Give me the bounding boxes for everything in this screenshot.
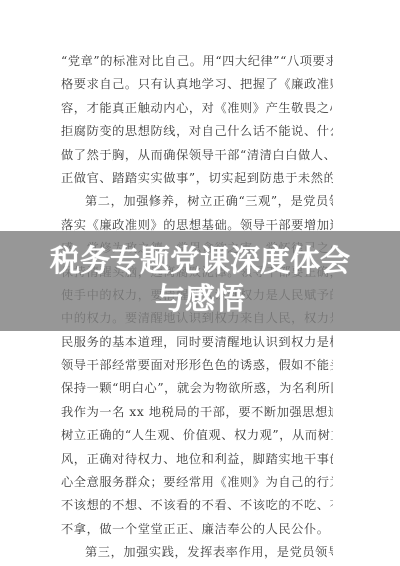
document-line: 领导干部经常要面对形形色色的诱惑，假如不能头脑清醒， [61,354,333,377]
document-line: 民服务的基本道理，同时要清醒地认识到权力是柄双刃剑。 [61,331,333,354]
document-line: 拒腐防变的思想防线，对自己什么话不能说、什么事不能 [61,120,333,143]
paragraph-start-line: 第三，加强实践，发挥表率作用，是党员领导干部践 [61,541,333,564]
document-line: 格要求自己。只有认真地学习、把握了《廉政准则》的内 [61,73,333,96]
overlay-title-line-2: 与感悟 [155,281,245,319]
document-line: 心全意服务群众；要经常用《准则》为自己的行为敲警钟， [61,471,333,494]
document-line: “党章”的标准对比自己。用“四大纪律”“八项要求”严 [61,50,333,73]
document-line: 做了然于胸，从而确保领导干部“清清白白做人、堂堂正 [61,144,333,167]
document-line: 不该想的不想、不该看的不看、不该吃的不吃、不该拿的 [61,494,333,517]
document-line: 正做官、踏踏实实做事”，切实起到防患于未然的作用。 [61,167,333,190]
document-line: 不拿，做一个堂堂正正、廉洁奉公的人民公仆。 [61,518,333,541]
paragraph-start-line: 第二，加强修养，树立正确“三观”，是党员领导干部 [61,190,333,213]
document-line: 我作为一名 xx 地税局的干部，要不断加强思想道德培训， [61,401,333,424]
document-line: 风，正确对待权力、地位和利益，脚踏实地干事创业，全 [61,448,333,471]
overlay-title-line-1: 税务专题党课深度体会 [50,243,350,281]
document-line: 树立正确的“人生观、价值观、权力观”，从而树立良好作 [61,424,333,447]
document-page: “党章”的标准对比自己。用“四大纪律”“八项要求”严 格要求自己。只有认真地学习… [0,0,400,566]
document-line: 保持一颗“明白心”，就会为物欲所惑，为名利所困。所以， [61,377,333,400]
overlay-title: 税务专题党课深度体会 与感悟 [0,231,400,331]
document-line: 容，才能真正触动内心，对《准则》产生敬畏之心，筑牢 [61,97,333,120]
